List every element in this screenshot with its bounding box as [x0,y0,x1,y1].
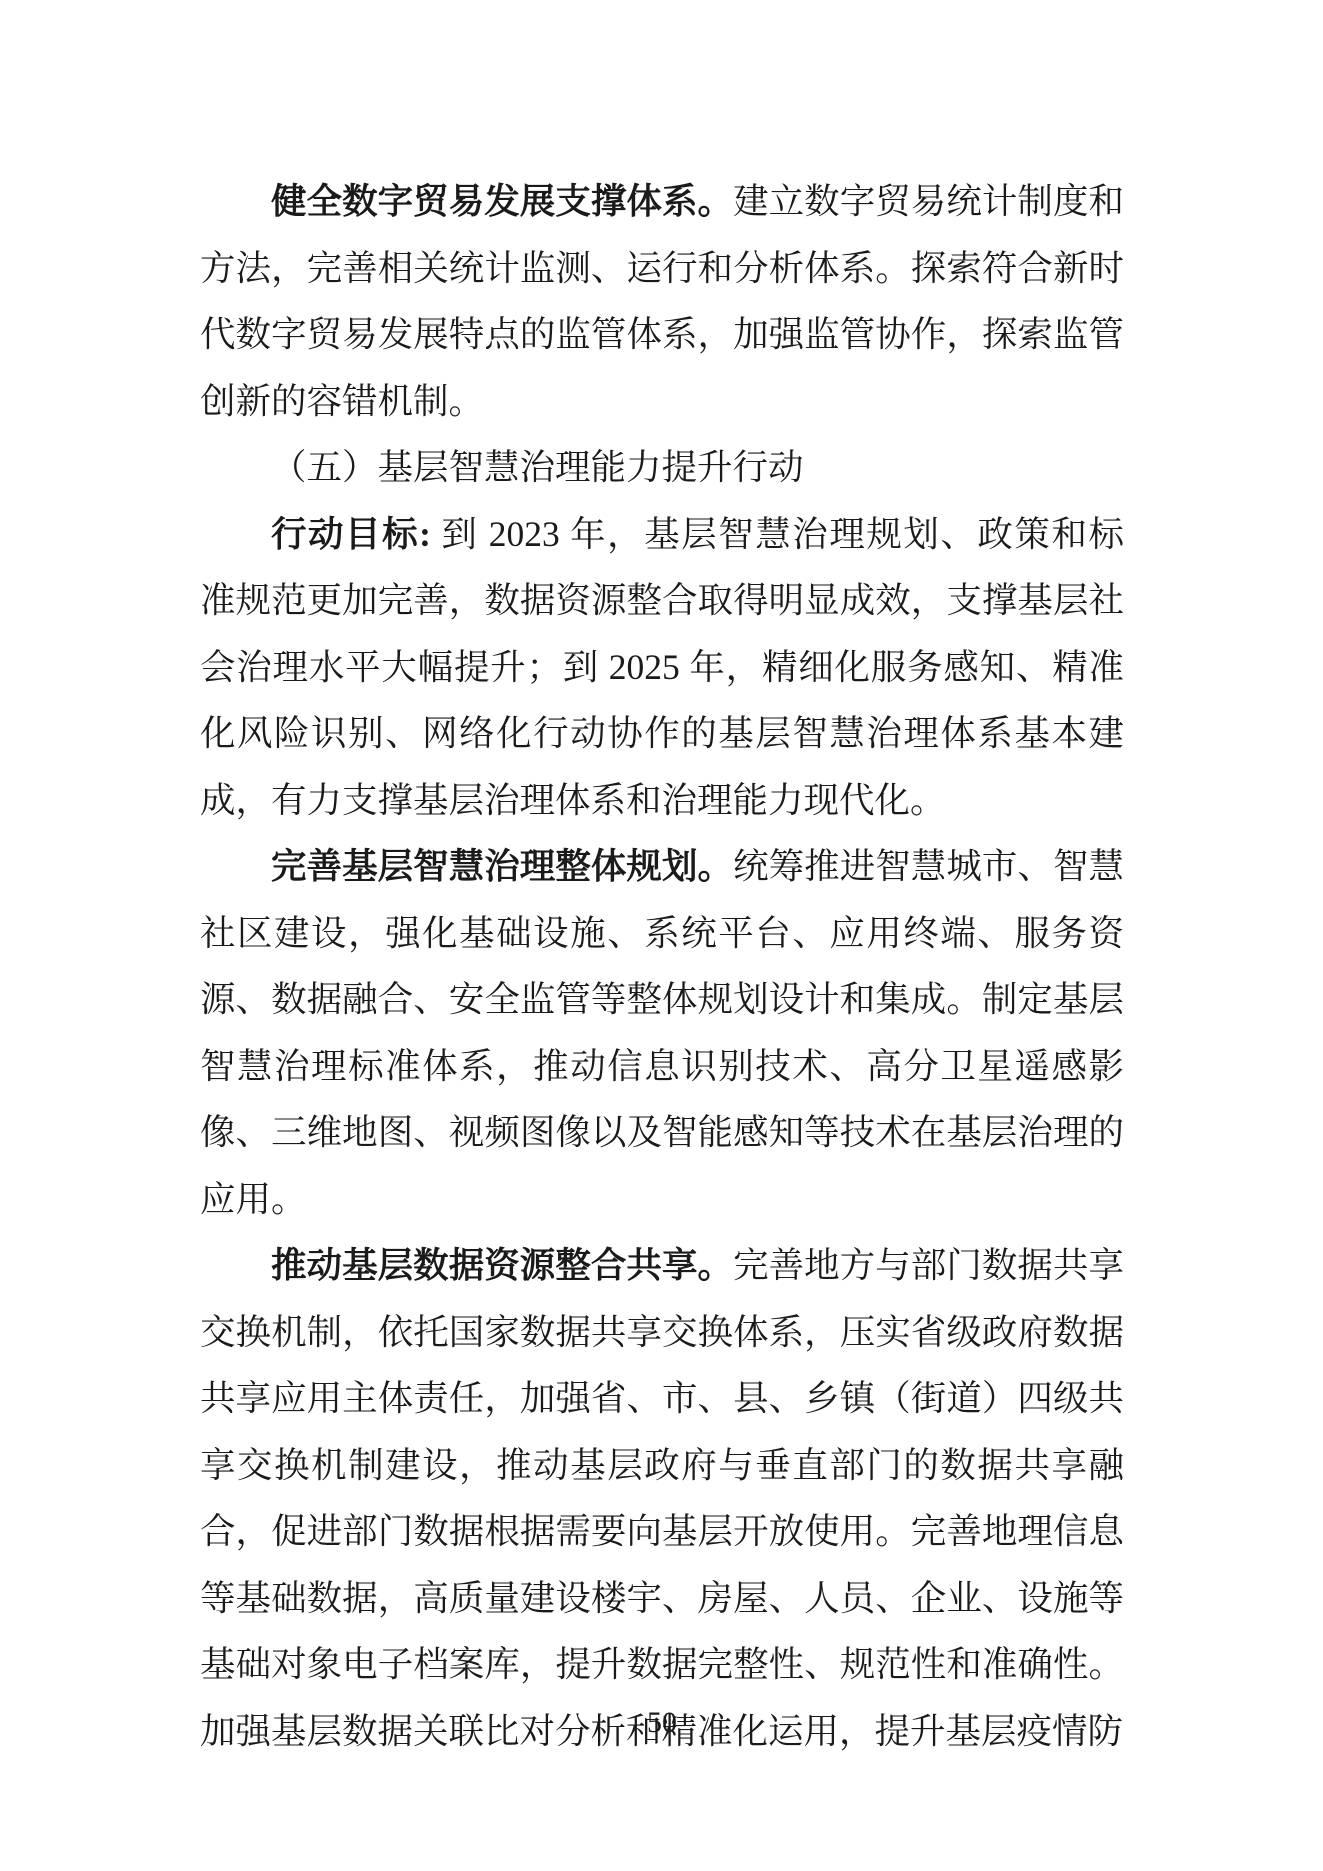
paragraph-lead-in: 健全数字贸易发展支撑体系。 [271,181,733,221]
para-action-goal: 行动目标: 到 2023 年，基层智慧治理规划、政策和标准规范更加完善，数据资源… [200,501,1124,834]
para-digital-trade-support: 健全数字贸易发展支撑体系。建立数字贸易统计制度和方法，完善相关统计监测、运行和分… [200,168,1124,434]
paragraph-lead-in: 完善基层智慧治理整体规划。 [271,846,733,886]
para-data-integration: 推动基层数据资源整合共享。完善地方与部门数据共享交换机制，依托国家数据共享交换体… [200,1232,1124,1764]
document-page: 健全数字贸易发展支撑体系。建立数字贸易统计制度和方法，完善相关统计监测、运行和分… [0,0,1323,1871]
paragraph-text: 统筹推进智慧城市、智慧社区建设，强化基础设施、系统平台、应用终端、服务资源、数据… [200,846,1124,1219]
paragraph-text: （五）基层智慧治理能力提升行动 [271,447,804,487]
paragraph-lead-in: 推动基层数据资源整合共享。 [271,1245,733,1285]
document-body: 健全数字贸易发展支撑体系。建立数字贸易统计制度和方法，完善相关统计监测、运行和分… [200,168,1124,1764]
paragraph-text: 完善地方与部门数据共享交换机制，依托国家数据共享交换体系，压实省级政府数据共享应… [200,1245,1124,1751]
paragraph-text: 到 2023 年，基层智慧治理规划、政策和标准规范更加完善，数据资源整合取得明显… [200,514,1124,820]
para-overall-planning: 完善基层智慧治理整体规划。统筹推进智慧城市、智慧社区建设，强化基础设施、系统平台… [200,833,1124,1232]
heading-section-5: （五）基层智慧治理能力提升行动 [200,434,1124,501]
page-number: 50 [200,1700,1124,1745]
paragraph-lead-in: 行动目标: [271,514,431,554]
